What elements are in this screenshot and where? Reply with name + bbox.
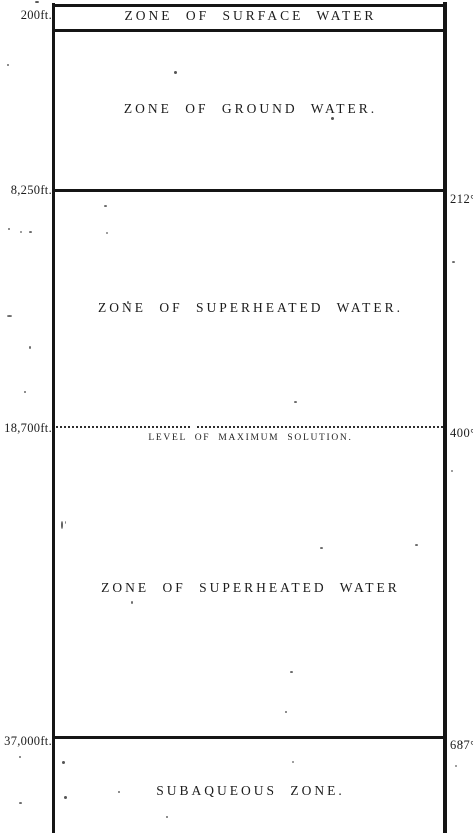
print-speck	[7, 64, 9, 66]
print-speck	[285, 711, 287, 713]
print-speck	[127, 301, 129, 304]
print-speck	[24, 391, 26, 393]
depth-label-8250ft: 8,250ft.	[0, 183, 52, 198]
top-border-line	[52, 4, 447, 7]
depth-label-200ft: 200ft.	[0, 8, 52, 23]
print-speck	[118, 791, 120, 793]
zone-label-ground-water: ZONE OF GROUND WATER.	[54, 101, 447, 117]
print-speck	[19, 802, 22, 804]
temp-label-400: 400°	[450, 426, 473, 441]
print-speck	[61, 521, 63, 529]
depth-8250-line	[52, 189, 446, 192]
print-speck	[106, 232, 108, 234]
print-speck	[292, 761, 294, 763]
print-speck	[461, 742, 463, 744]
right-border-line	[443, 2, 447, 833]
print-speck	[104, 205, 107, 207]
print-speck	[62, 761, 65, 764]
depth-label-37000ft: 37,000ft.	[0, 734, 52, 749]
print-speck	[294, 401, 297, 403]
print-speck	[7, 315, 12, 317]
print-speck	[20, 231, 22, 233]
depth-37000-line	[52, 736, 444, 739]
zone-label-superheated-water-lower: ZONE OF SUPERHEATED WATER	[54, 580, 447, 596]
left-border-line	[52, 3, 55, 833]
zone-label-surface-water: ZONE OF SURFACE WATER	[54, 8, 447, 24]
print-speck	[29, 231, 32, 233]
max-solution-dotted-line-left	[56, 426, 190, 428]
print-speck	[174, 71, 177, 74]
temp-label-687: 687°	[450, 738, 473, 753]
print-speck	[64, 796, 67, 799]
print-speck	[320, 547, 323, 549]
depth-label-18700ft: 18,700ft.	[0, 421, 52, 436]
zone-label-superheated-water-upper: ZONE OF SUPERHEATED WATER.	[54, 300, 447, 316]
print-speck	[452, 261, 455, 263]
print-speck	[455, 765, 457, 767]
print-speck	[131, 601, 133, 604]
print-speck	[29, 346, 31, 349]
surface-water-bottom-line	[52, 29, 445, 32]
water-zones-depth-diagram: ZONE OF SURFACE WATER ZONE OF GROUND WAT…	[0, 0, 473, 833]
print-speck	[415, 544, 418, 546]
zone-label-level-of-maximum-solution: LEVEL OF MAXIMUM SOLUTION.	[54, 433, 447, 443]
print-speck	[8, 228, 10, 230]
print-speck	[166, 816, 168, 818]
max-solution-dotted-line-right	[197, 426, 443, 428]
print-speck	[19, 756, 21, 758]
zone-label-subaqueous: SUBAQUEOUS ZONE.	[54, 783, 447, 799]
print-speck	[331, 117, 334, 120]
print-speck	[451, 470, 453, 472]
print-speck	[290, 671, 293, 673]
print-speck	[65, 521, 66, 524]
print-speck	[35, 1, 39, 3]
temp-label-212: 212°	[450, 192, 473, 207]
